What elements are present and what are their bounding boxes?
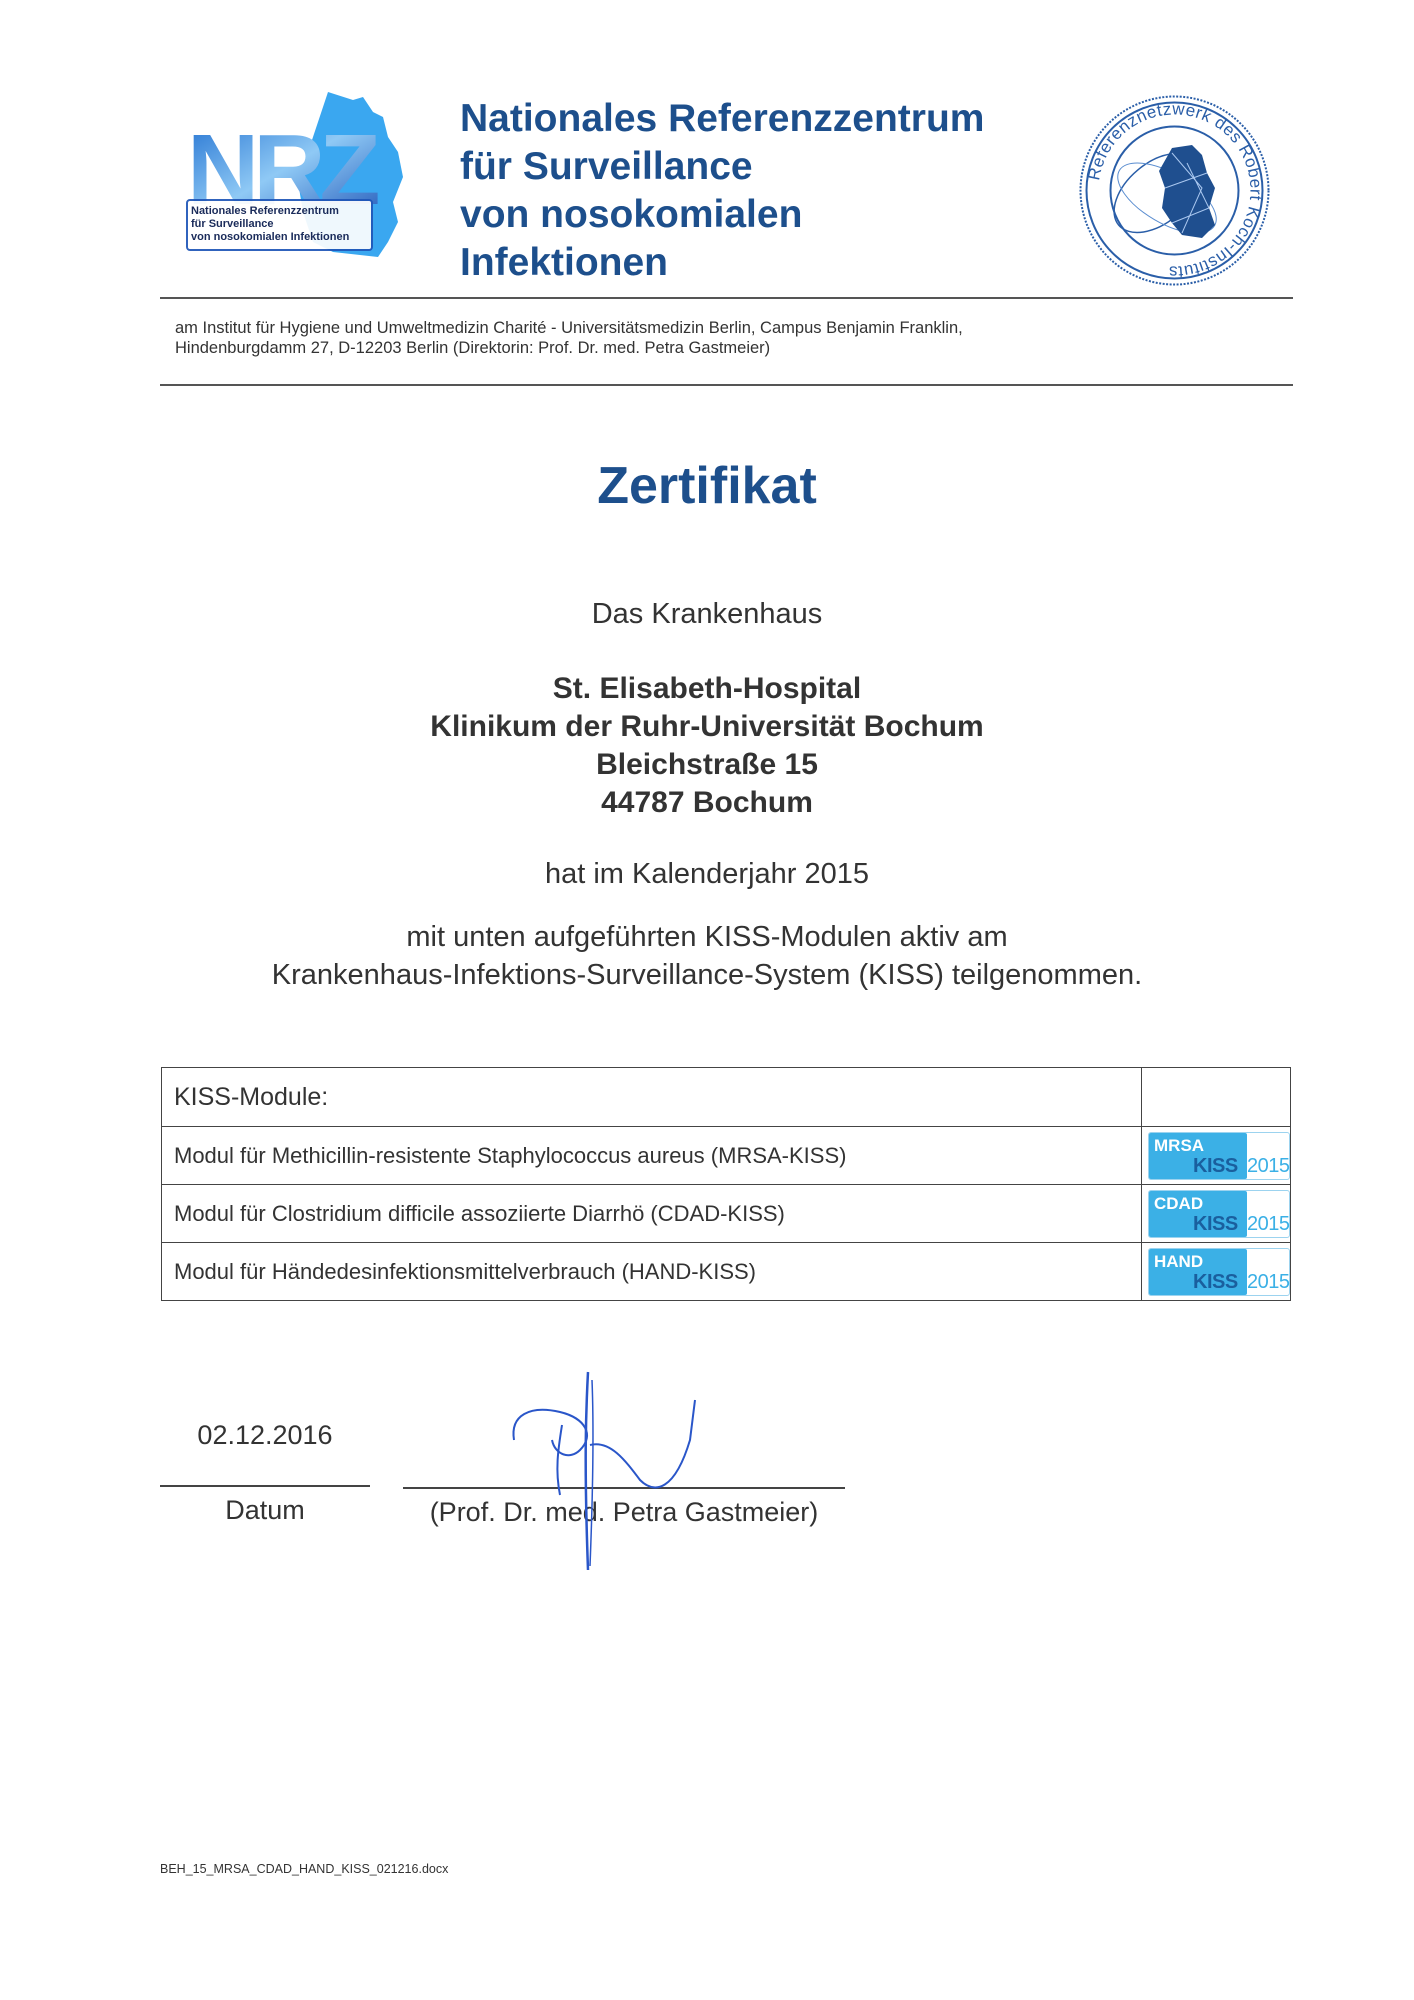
hospital-city: 44787 Bochum bbox=[0, 784, 1414, 822]
badge-kiss: KISS bbox=[1193, 1213, 1238, 1236]
badge-cell: HAND KISS 2015 bbox=[1142, 1243, 1291, 1301]
participation-statement: mit unten aufgeführten KISS-Modulen akti… bbox=[0, 918, 1414, 994]
cdad-kiss-badge: CDAD KISS 2015 bbox=[1148, 1190, 1290, 1238]
table-header-empty-cell bbox=[1142, 1068, 1291, 1127]
hospital-subtitle: Klinikum der Ruhr-Universität Bochum bbox=[0, 708, 1414, 746]
institution-title-line: von nosokomialen bbox=[460, 191, 984, 239]
certificate-title: Zertifikat bbox=[0, 456, 1414, 516]
rki-seal-germany-network-icon: Referenznetzwerk des Robert Koch-Institu… bbox=[1077, 93, 1272, 288]
hospital-street: Bleichstraße 15 bbox=[0, 746, 1414, 784]
institution-title-line: Nationales Referenzzentrum bbox=[460, 95, 984, 143]
badge-kiss: KISS bbox=[1193, 1271, 1238, 1294]
institution-title-line: für Surveillance bbox=[460, 143, 984, 191]
badge-module: CDAD bbox=[1154, 1194, 1203, 1214]
participation-line: Krankenhaus-Infektions-Surveillance-Syst… bbox=[0, 956, 1414, 994]
hand-kiss-badge: HAND KISS 2015 bbox=[1148, 1248, 1290, 1296]
calendar-year-line: hat im Kalenderjahr 2015 bbox=[0, 858, 1414, 891]
badge-module: HAND bbox=[1154, 1252, 1203, 1272]
address-line: Hindenburgdamm 27, D-12203 Berlin (Direk… bbox=[175, 338, 963, 358]
address-line: am Institut für Hygiene und Umweltmedizi… bbox=[175, 318, 963, 338]
date-label: Datum bbox=[160, 1495, 370, 1526]
document-filename: BEH_15_MRSA_CDAD_HAND_KISS_021216.docx bbox=[160, 1862, 448, 1876]
module-label: Modul für Methicillin-resistente Staphyl… bbox=[162, 1127, 1142, 1185]
table-row: Modul für Händedesinfektionsmittelverbra… bbox=[162, 1243, 1291, 1301]
certificate-intro: Das Krankenhaus bbox=[0, 598, 1414, 631]
svg-text:Nationales Referenzzentrum: Nationales Referenzzentrum bbox=[191, 205, 339, 217]
table-header-label: KISS-Module: bbox=[162, 1068, 1142, 1127]
kiss-modules-table: KISS-Module: Modul für Methicillin-resis… bbox=[161, 1067, 1291, 1301]
badge-year: 2015 bbox=[1247, 1155, 1290, 1178]
nrz-logo: NRZ Nationales Referenzzentrum für Surve… bbox=[183, 92, 413, 257]
badge-cell: MRSA KISS 2015 bbox=[1142, 1127, 1291, 1185]
table-row: Modul für Methicillin-resistente Staphyl… bbox=[162, 1127, 1291, 1185]
address-divider bbox=[160, 384, 1293, 386]
mrsa-kiss-badge: MRSA KISS 2015 bbox=[1148, 1132, 1290, 1180]
hospital-name: St. Elisabeth-Hospital bbox=[0, 670, 1414, 708]
module-label: Modul für Clostridium difficile assoziie… bbox=[162, 1185, 1142, 1243]
institution-title: Nationales Referenzzentrum für Surveilla… bbox=[460, 95, 984, 287]
svg-text:für Surveillance: für Surveillance bbox=[191, 218, 274, 230]
badge-module: MRSA bbox=[1154, 1136, 1204, 1156]
hospital-address: St. Elisabeth-Hospital Klinikum der Ruhr… bbox=[0, 670, 1414, 822]
handwritten-signature-icon bbox=[500, 1370, 720, 1570]
institution-title-line: Infektionen bbox=[460, 239, 984, 287]
signature-date: 02.12.2016 bbox=[160, 1420, 370, 1451]
nrz-logo-germany-map-icon: NRZ Nationales Referenzzentrum für Surve… bbox=[183, 92, 413, 257]
table-header-row: KISS-Module: bbox=[162, 1068, 1291, 1127]
institution-address: am Institut für Hygiene und Umweltmedizi… bbox=[175, 318, 963, 358]
participation-line: mit unten aufgeführten KISS-Modulen akti… bbox=[0, 918, 1414, 956]
date-line bbox=[160, 1485, 370, 1487]
badge-kiss: KISS bbox=[1193, 1155, 1238, 1178]
svg-text:von nosokomialen Infektionen: von nosokomialen Infektionen bbox=[191, 231, 350, 243]
badge-cell: CDAD KISS 2015 bbox=[1142, 1185, 1291, 1243]
rki-seal: Referenznetzwerk des Robert Koch-Institu… bbox=[1077, 93, 1272, 288]
table-row: Modul für Clostridium difficile assoziie… bbox=[162, 1185, 1291, 1243]
badge-year: 2015 bbox=[1247, 1271, 1290, 1294]
header-divider bbox=[160, 297, 1293, 299]
module-label: Modul für Händedesinfektionsmittelverbra… bbox=[162, 1243, 1142, 1301]
badge-year: 2015 bbox=[1247, 1213, 1290, 1236]
